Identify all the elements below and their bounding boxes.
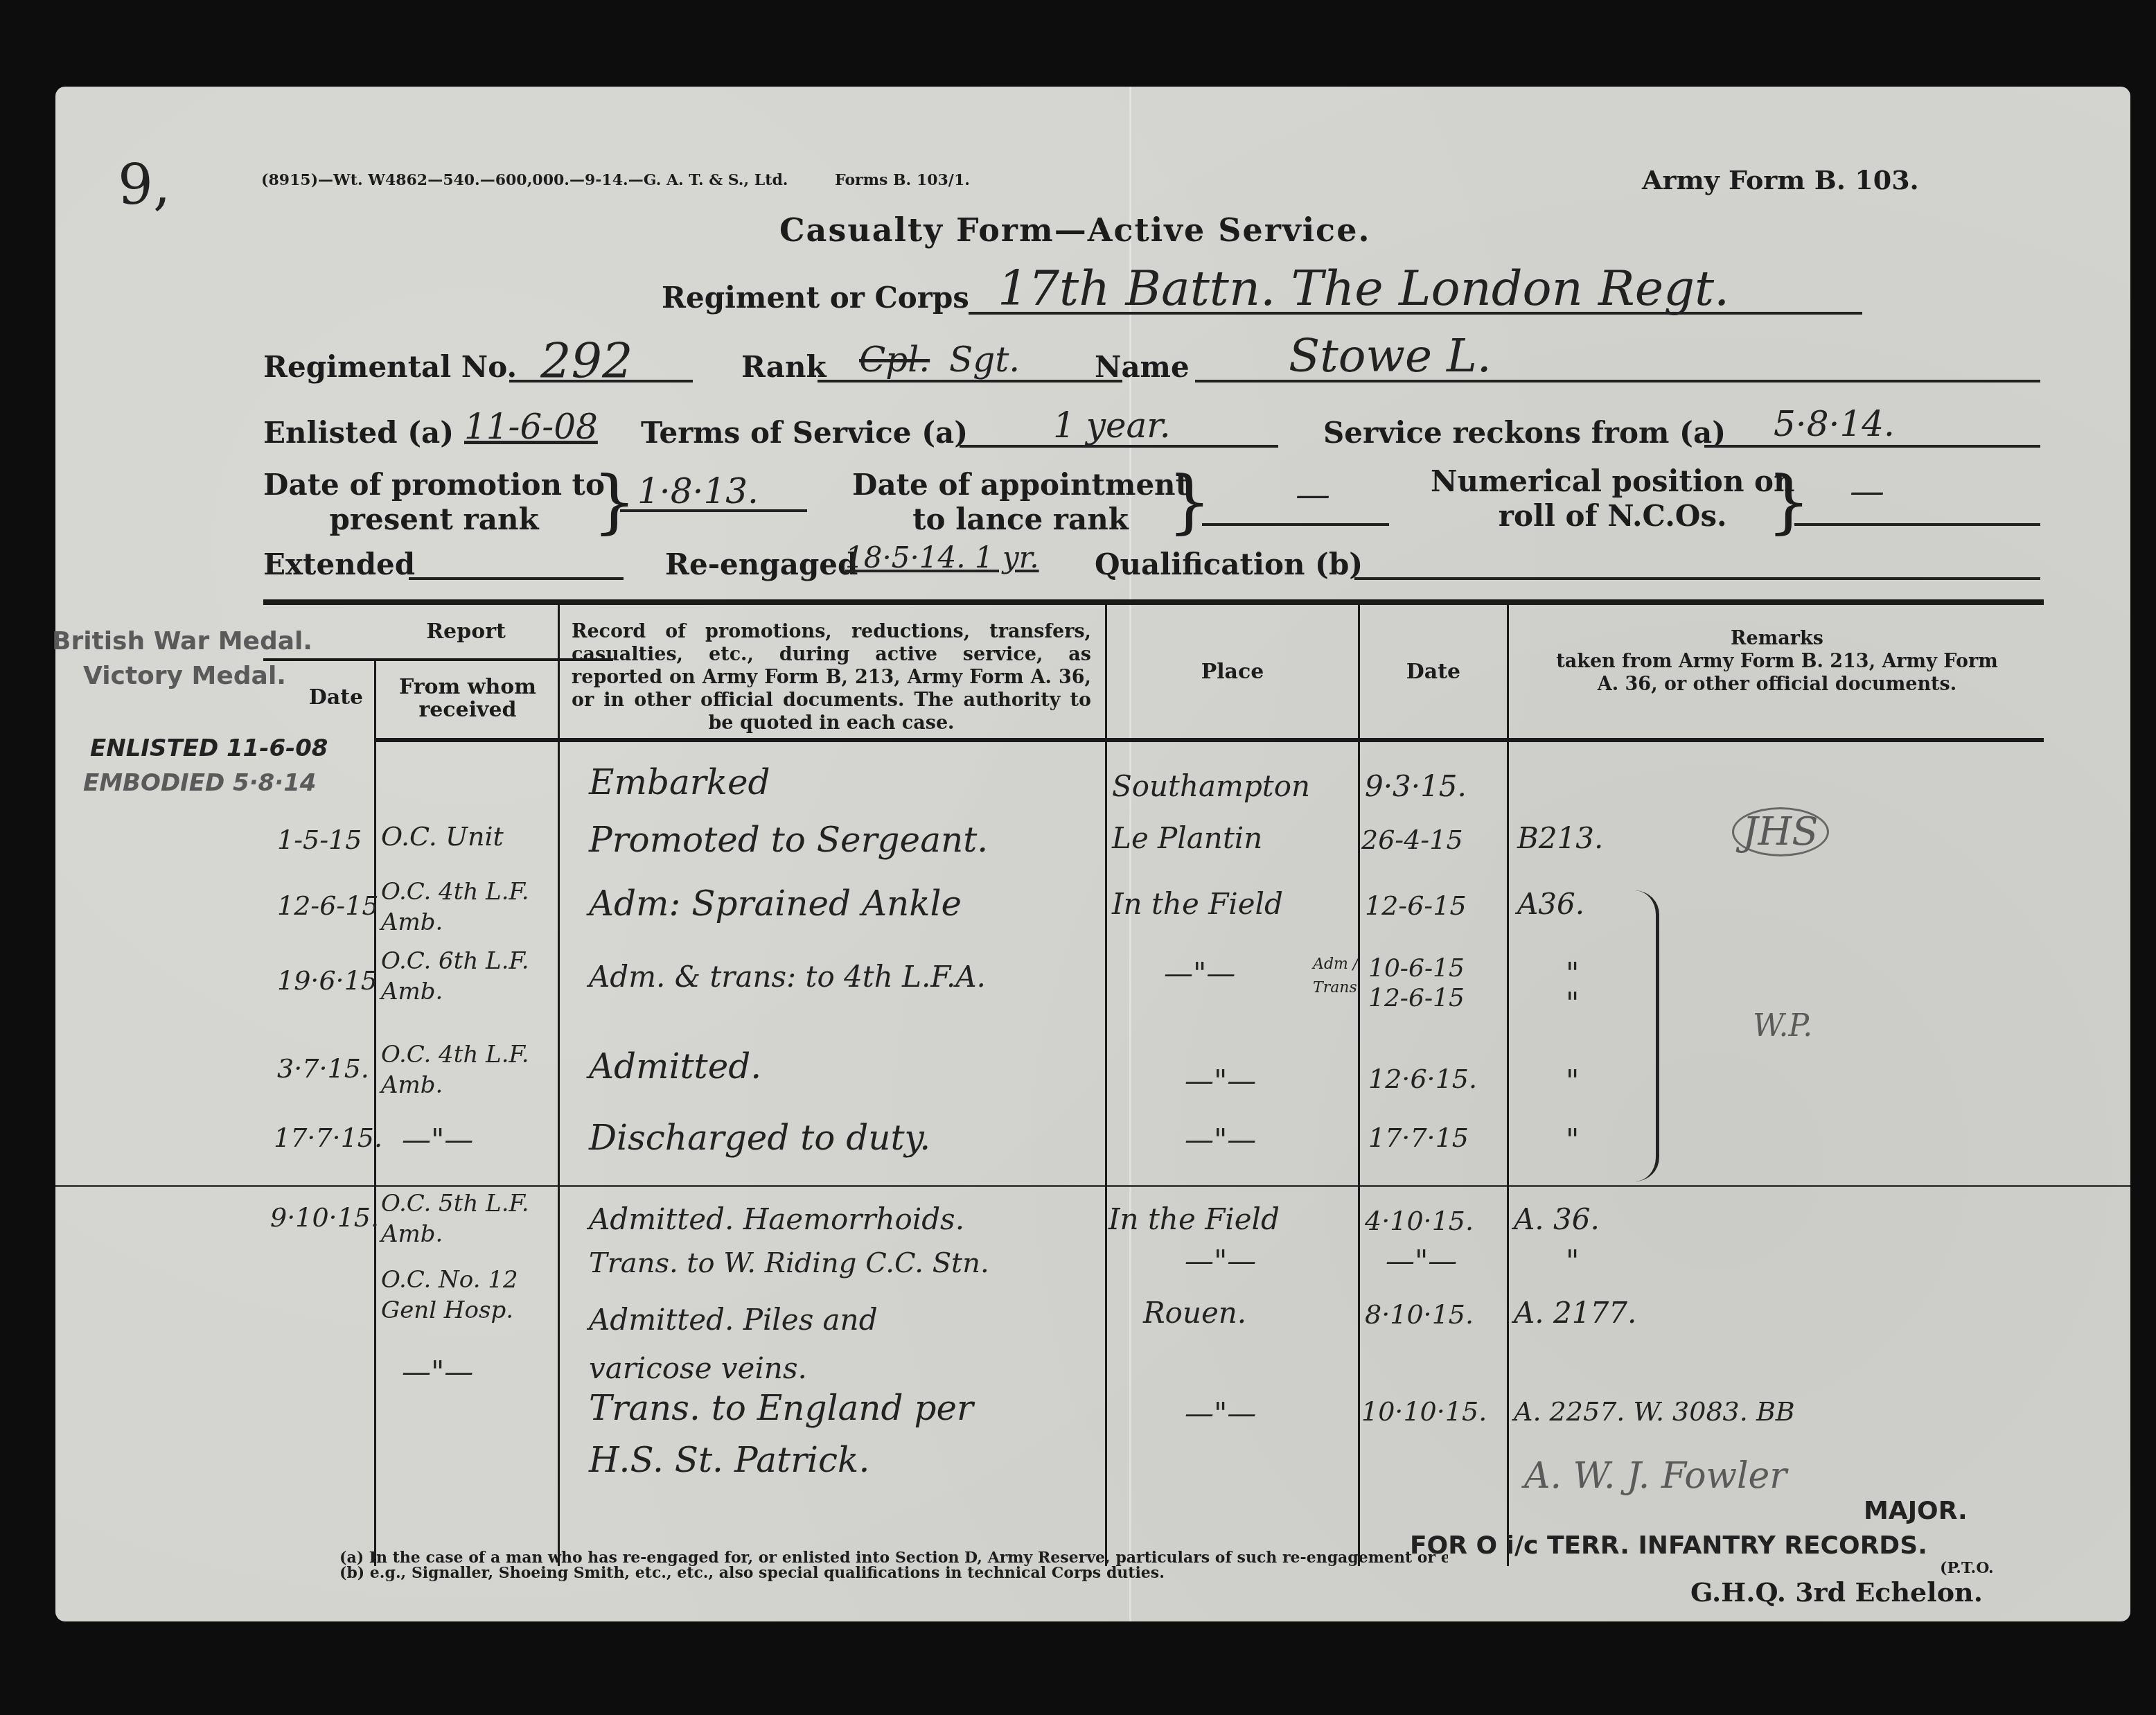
row-1-record: Promoted to Sergeant. bbox=[589, 820, 988, 860]
header-remarks: taken from Army Form B. 213, Army Form A… bbox=[1555, 650, 1999, 696]
row-3-place-note: Adm / Trans bbox=[1313, 953, 1361, 1000]
row-6-date: 4·10·15. bbox=[1365, 1206, 1474, 1236]
row-9-remarks: A. 2257. W. 3083. BB bbox=[1514, 1396, 1795, 1427]
brace-icon: } bbox=[592, 461, 637, 542]
row-1-from: O.C. Unit bbox=[381, 821, 504, 852]
pto-note: (P.T.O. bbox=[1940, 1559, 1994, 1577]
appointment-value[interactable]: — bbox=[1296, 475, 1330, 515]
enlisted-label: Enlisted (a) bbox=[263, 416, 454, 450]
name-label: Name bbox=[1095, 350, 1190, 384]
reckons-underline bbox=[1704, 445, 2040, 448]
row-0-date: 9·3·15. bbox=[1365, 769, 1467, 803]
brace-icon: } bbox=[1167, 461, 1212, 542]
appointment-label-line-1: Date of appointment bbox=[852, 468, 1189, 502]
row-3-place: —"— bbox=[1164, 956, 1235, 990]
reckons-label: Service reckons from (a) bbox=[1323, 416, 1726, 450]
row-1-date: 26-4-15 bbox=[1361, 825, 1463, 855]
header-remarks-title: Remarks bbox=[1555, 627, 1999, 650]
name-value[interactable]: Stowe L. bbox=[1289, 329, 1492, 382]
row-9-place: —"— bbox=[1185, 1396, 1256, 1430]
stamp-embodied: EMBODIED 5·8·14 bbox=[83, 769, 317, 797]
row-4-remarks: " bbox=[1566, 1064, 1579, 1098]
row-8-remarks: A. 2177. bbox=[1514, 1296, 1636, 1330]
extended-label: Extended bbox=[263, 547, 415, 581]
enlisted-value[interactable]: 11-6-08 bbox=[464, 407, 598, 447]
qualification-label: Qualification (b) bbox=[1095, 547, 1363, 581]
terms-label: Terms of Service (a) bbox=[641, 416, 968, 450]
casualty-form-document: 9, (8915)—Wt. W4862—540.—600,000.—9-14.—… bbox=[55, 87, 2130, 1621]
stamp-british-war-medal: British War Medal. bbox=[52, 627, 312, 656]
brace-icon: } bbox=[1767, 461, 1811, 542]
row-9-record: Trans. to England per H.S. St. Patrick. bbox=[589, 1382, 1005, 1486]
rank-underline bbox=[818, 380, 1122, 382]
col-divider-record bbox=[1105, 603, 1107, 1566]
row-7-place: —"— bbox=[1185, 1244, 1256, 1278]
row-8-record: Admitted. Piles and varicose veins. bbox=[589, 1296, 977, 1393]
col-divider-date bbox=[374, 658, 376, 1566]
header-date-2: Date bbox=[1360, 660, 1507, 683]
row-2-record: Adm: Sprained Ankle bbox=[589, 883, 962, 924]
row-4-report-date: 3·7·15. bbox=[277, 1053, 369, 1084]
appointment-underline bbox=[1202, 523, 1389, 526]
row-5-record: Discharged to duty. bbox=[589, 1118, 930, 1158]
regiment-value[interactable]: 17th Battn. The London Regt. bbox=[998, 260, 1729, 317]
row-1-report-date: 1-5-15 bbox=[277, 825, 362, 855]
row-8-place: Rouen. bbox=[1143, 1296, 1246, 1330]
numerical-label-line-2: roll of N.C.Os. bbox=[1431, 499, 1795, 534]
row-6-place: In the Field bbox=[1108, 1202, 1280, 1236]
reengaged-label: Re-engaged bbox=[665, 547, 858, 581]
stamp-victory-medal: Victory Medal. bbox=[83, 662, 286, 690]
row-4-record: Admitted. bbox=[589, 1046, 761, 1087]
row-2-report-date: 12-6-15 bbox=[277, 890, 379, 921]
row-5-place: —"— bbox=[1185, 1123, 1256, 1156]
regimental-no-value[interactable]: 292 bbox=[540, 333, 633, 389]
terms-value[interactable]: 1 year. bbox=[1053, 405, 1171, 446]
extended-underline bbox=[409, 577, 624, 580]
report-subheader-rule bbox=[263, 658, 613, 661]
row-5-date: 17·7·15 bbox=[1368, 1123, 1469, 1153]
promotion-label-line-2: present rank bbox=[263, 502, 605, 537]
row-5-from: —"— bbox=[402, 1123, 473, 1156]
row-2-date: 12-6-15 bbox=[1365, 890, 1467, 921]
signature-title: MAJOR. bbox=[1864, 1497, 1968, 1525]
row-0-place: Southampton bbox=[1112, 769, 1310, 803]
form-number: Army Form B. 103. bbox=[1642, 164, 1919, 195]
row-4-from: O.C. 4th L.F. Amb. bbox=[381, 1039, 554, 1100]
initials-jhs: JHS bbox=[1732, 807, 1829, 856]
row-3-record: Adm. & trans: to 4th L.F.A. bbox=[589, 960, 986, 994]
promotion-value[interactable]: 1·8·13. bbox=[637, 471, 759, 511]
row-5-report-date: 17·7·15. bbox=[274, 1123, 382, 1153]
promotion-label-line-1: Date of promotion to bbox=[263, 468, 605, 502]
row-3-date-a: 10-6-15 bbox=[1368, 954, 1465, 983]
row-0-record: Embarked bbox=[589, 762, 770, 802]
col-divider-place bbox=[1358, 603, 1360, 1566]
row-4-place: —"— bbox=[1185, 1064, 1256, 1098]
header-record: Record of promotions, reductions, transf… bbox=[572, 620, 1091, 735]
table-header-rule bbox=[374, 738, 2044, 742]
row-3-report-date: 19·6·15 bbox=[277, 965, 378, 996]
rank-label: Rank bbox=[741, 350, 827, 384]
numerical-value[interactable]: — bbox=[1850, 471, 1884, 511]
table-section-rule bbox=[55, 1185, 2130, 1187]
numerical-underline bbox=[1794, 523, 2040, 526]
stamp-enlisted: ENLISTED 11-6-08 bbox=[90, 735, 328, 762]
row-6-from: O.C. 5th L.F. Amb. bbox=[381, 1188, 554, 1249]
echelon-stamp: G.H.Q. 3rd Echelon. bbox=[1690, 1576, 1983, 1608]
print-code: (8915)—Wt. W4862—540.—600,000.—9-14.—G. … bbox=[261, 171, 788, 189]
appointment-label: Date of appointment to lance rank bbox=[852, 468, 1189, 537]
row-9-date: 10·10·15. bbox=[1361, 1396, 1487, 1427]
row-8-from: O.C. No. 12 Genl Hosp. bbox=[381, 1265, 554, 1326]
header-place: Place bbox=[1107, 660, 1358, 683]
row-9-from: —"— bbox=[402, 1355, 473, 1389]
reengaged-value[interactable]: 18·5·14. 1 yr. bbox=[845, 540, 1039, 574]
row-7-date: —"— bbox=[1386, 1244, 1457, 1278]
row-6-report-date: 9·10·15. bbox=[270, 1202, 379, 1233]
row-8-date: 8·10·15. bbox=[1365, 1299, 1474, 1330]
row-3-from: O.C. 6th L.F. Amb. bbox=[381, 946, 554, 1007]
rank-value[interactable]: Sgt. bbox=[949, 340, 1020, 380]
row-3-date-b: 12-6-15 bbox=[1368, 984, 1465, 1012]
numerical-label-line-1: Numerical position on bbox=[1431, 464, 1795, 499]
row-3-remarks-b: " bbox=[1566, 986, 1579, 1020]
header-date: Date bbox=[298, 686, 374, 709]
table-top-rule bbox=[263, 599, 2044, 605]
numerical-label: Numerical position on roll of N.C.Os. bbox=[1431, 464, 1795, 534]
appointment-label-line-2: to lance rank bbox=[852, 502, 1189, 537]
row-7-record: Trans. to W. Riding C.C. Stn. bbox=[589, 1247, 989, 1279]
footnote-b: (b) e.g., Signaller, Shoeing Smith, etc.… bbox=[339, 1564, 1165, 1582]
regimental-no-label: Regimental No. bbox=[263, 350, 517, 384]
bracket-icon bbox=[1635, 890, 1659, 1181]
row-4-date: 12·6·15. bbox=[1368, 1064, 1477, 1094]
row-1-remarks: B213. bbox=[1517, 821, 1603, 855]
initials-wp: W.P. bbox=[1753, 1008, 1812, 1044]
row-1-place: Le Plantin bbox=[1112, 821, 1262, 855]
form-title: Casualty Form—Active Service. bbox=[779, 211, 1370, 249]
row-3-remarks-a: " bbox=[1566, 956, 1579, 990]
col-divider-date2 bbox=[1507, 603, 1509, 1566]
row-5-remarks: " bbox=[1566, 1123, 1579, 1156]
corner-mark: 9, bbox=[118, 152, 170, 217]
row-2-from: O.C. 4th L.F. Amb. bbox=[381, 877, 554, 938]
qualification-underline bbox=[1354, 577, 2040, 580]
col-divider-from bbox=[558, 603, 560, 1566]
row-6-record: Admitted. Haemorrhoids. bbox=[589, 1202, 964, 1236]
row-2-place: In the Field bbox=[1112, 887, 1283, 921]
rank-struck-value: Cpl. bbox=[859, 340, 930, 380]
records-stamp: FOR O i/c TERR. INFANTRY RECORDS. bbox=[1410, 1531, 1927, 1560]
regiment-label: Regiment or Corps bbox=[662, 281, 969, 315]
reckons-value[interactable]: 5·8·14. bbox=[1774, 404, 1895, 444]
promotion-label: Date of promotion to present rank bbox=[263, 468, 605, 537]
row-2-remarks: A36. bbox=[1517, 887, 1584, 921]
header-report: Report bbox=[374, 620, 558, 643]
signature: A. W. J. Fowler bbox=[1524, 1455, 1787, 1497]
forms-reference: Forms B. 103/1. bbox=[835, 171, 970, 189]
row-7-remarks: " bbox=[1566, 1244, 1579, 1278]
header-from-whom: From whom received bbox=[381, 676, 554, 721]
row-6-remarks: A. 36. bbox=[1514, 1202, 1600, 1236]
